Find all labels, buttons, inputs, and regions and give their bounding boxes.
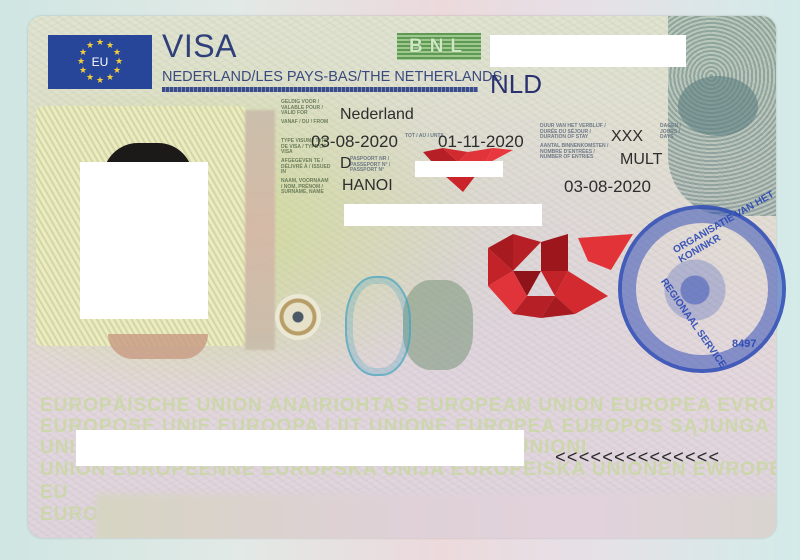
hologram-dark-zone [403,280,473,370]
issue-date-value: 03-08-2020 [564,177,651,197]
stamp-number: 8497 [732,338,756,350]
redacted-photo [80,162,208,319]
redacted-name [344,204,542,226]
issued-in-value: HANOI [342,177,393,195]
valid-for-value: Nederland [340,106,414,124]
hologram-disc [275,294,321,340]
passport-label: PASPOORT NR / PASSEPORT N° / PASSPORT N° [350,157,400,174]
valid-for-label: GELDIG VOOR / VALABLE POUR / VALID FOR [281,100,331,117]
duration-label: DUUR VAN HET VERBLIJF / DURÉE DU SÉJOUR … [540,124,610,141]
issued-in-label: AFGEGEVEN TE / DÉLIVRÉ À / ISSUED IN [281,159,331,176]
name-label: NAAM, VOORNAAM / NOM, PRÉNOM / SURNAME, … [281,179,331,196]
bnl-mark: BNL [397,33,481,60]
watermark-line: EUROPÄISCHE UNION ANAIRIOHTAS EUROPEAN U… [40,395,776,417]
hologram-rosette [345,276,411,376]
eu-flag-icon: ★ ★ ★ ★ ★ ★ ★ ★ ★ ★ ★ ★ EU [48,35,152,89]
eu-badge-label: EU [48,55,152,69]
security-disc [678,76,758,136]
from-label: VANAF / DU / FROM [281,120,331,126]
hologram [273,268,443,378]
visa-title: VISA [162,28,237,65]
duration-value: XXX [611,128,643,146]
redacted-passport-number [415,161,503,177]
issuing-state-code: NLD [490,69,542,100]
from-value: 03-08-2020 [311,132,398,152]
entries-value: MULT [620,151,662,169]
blurred-mrz-line-2 [96,494,776,538]
microprint-band [162,87,478,92]
issuing-state-line: NEDERLAND/LES PAYS-BAS/THE NETHERLANDS [162,69,502,85]
entries-label: AANTAL BINNENKOMSTEN / NOMBRE D'ENTRÉES … [540,144,610,161]
watermark-line: EU [40,482,68,504]
blurred-ghost-image [245,110,275,350]
mrz-filler: <<<<<<<<<<<<<< [555,449,720,469]
redacted-visa-number [490,35,686,67]
redacted-mrz-line-1 [76,430,524,466]
photo-chin [108,334,208,359]
duration-unit-label: DAGEN / JOURS / DAYS [660,124,690,141]
